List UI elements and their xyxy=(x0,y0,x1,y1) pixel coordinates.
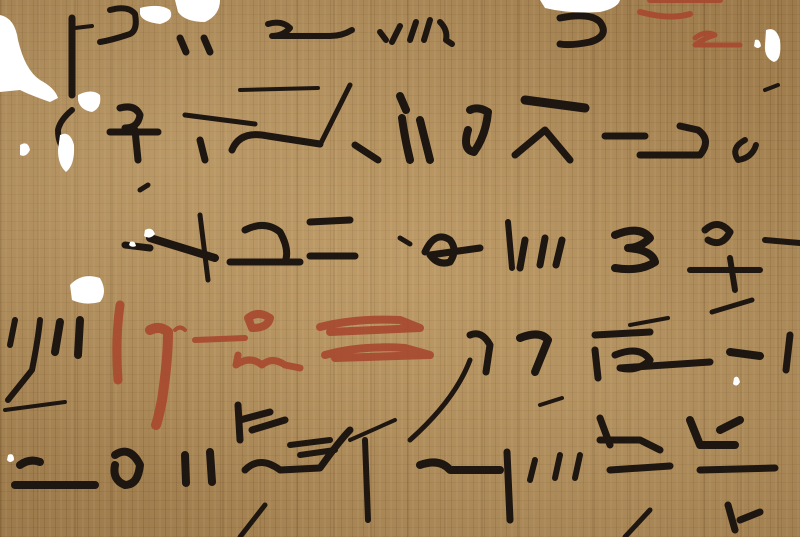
papyrus-holes xyxy=(0,0,800,537)
papyrus-photograph: Papyrus fragment with hieratic script xyxy=(0,0,800,537)
